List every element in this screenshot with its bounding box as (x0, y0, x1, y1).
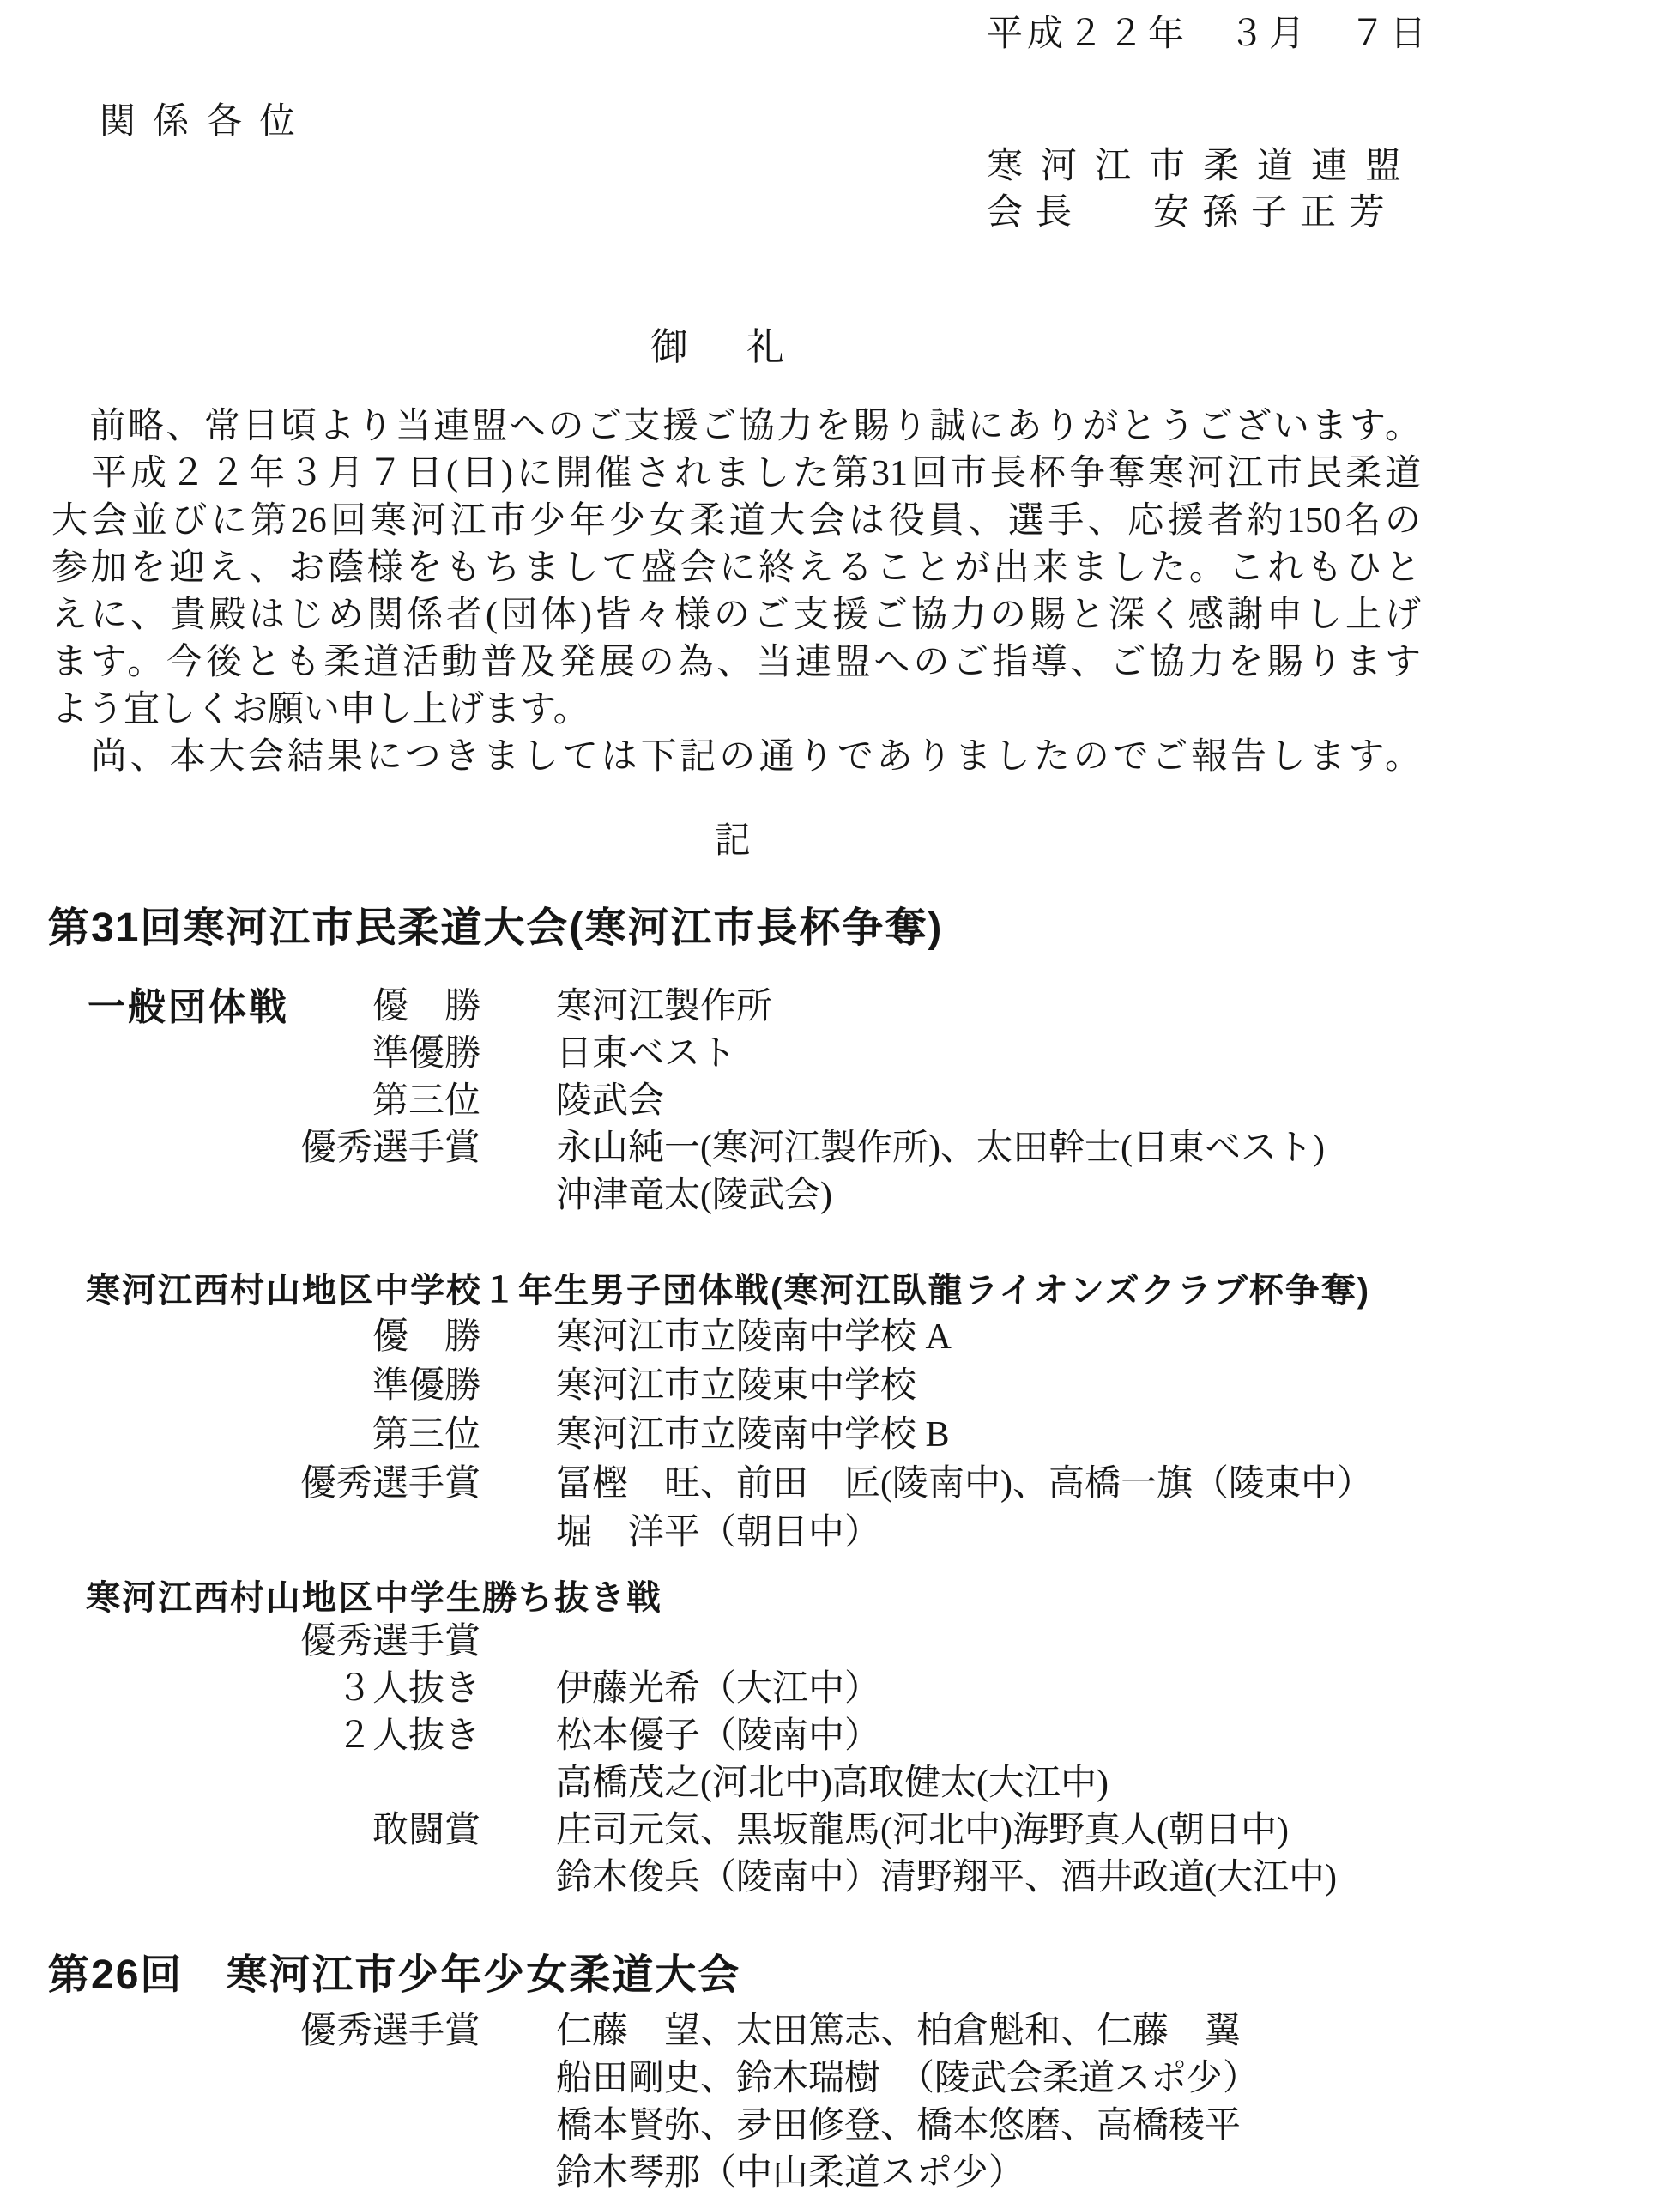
prize-label: ２人抜き (86, 1713, 480, 1760)
result-row: 優秀選手賞 (0, 1619, 1680, 1666)
prize-label: 敢闘賞 (86, 1807, 480, 1855)
result-row: 第三位寒河江市立陵南中学校 B (0, 1411, 1680, 1460)
winner-value: 高橋茂之(河北中)高取健太(大江中) (556, 1764, 1109, 1803)
body-line: よう宜しくお願い申し上げます。 (51, 687, 1421, 734)
result-row: 沖津竜太(陵武会) (0, 1172, 1680, 1220)
winner-value: 庄司元気、黒坂龍馬(河北中)海野真人(朝日中) (556, 1811, 1289, 1850)
result-row: 船田剛史、鈴木瑞樹 （陵武会柔道スポ少） (0, 2055, 1680, 2103)
section-rows: 一般団体戦優 勝寒河江製作所準優勝日東ベスト第三位陵武会優秀選手賞永山純一(寒河… (0, 984, 1680, 1220)
prize-label: 第三位 (86, 1078, 480, 1125)
winner-value: 松本優子（陵南中） (556, 1716, 880, 1756)
result-row: 優 勝寒河江市立陵南中学校 A (0, 1313, 1680, 1362)
sender-name: 安孫子正芳 (1153, 193, 1398, 233)
section-heading: 寒河江西村山地区中学校１年生男子団体戦(寒河江臥龍ライオンズクラブ杯争奪) (86, 1263, 1370, 1312)
result-row: 優秀選手賞冨樫 旺、前田 匠(陵南中)、高橋一旗（陵東中） (0, 1460, 1680, 1509)
division-label: 一般団体戦 (88, 984, 289, 1031)
result-row: 敢闘賞庄司元気、黒坂龍馬(河北中)海野真人(朝日中) (0, 1807, 1680, 1855)
prize-label: 優秀選手賞 (86, 2008, 480, 2055)
result-row: 高橋茂之(河北中)高取健太(大江中) (0, 1760, 1680, 1807)
prize-label: 準優勝 (86, 1031, 480, 1078)
winner-value: 橋本賢弥、夛田修登、橋本悠磨、高橋稜平 (556, 2106, 1241, 2146)
letter-date: 平成２２年 ３月 ７日 (987, 5, 1430, 57)
result-row: 優秀選手賞永山純一(寒河江製作所)、太田幹士(日東ベスト) (0, 1125, 1680, 1172)
result-row: ２人抜き松本優子（陵南中） (0, 1713, 1680, 1760)
prize-label: 準優勝 (86, 1362, 480, 1411)
letter-body: 前略、常日頃より当連盟へのご支援ご協力を賜り誠にありがとうございます。 平成２２… (51, 403, 1421, 781)
prize-label: 優 勝 (86, 1313, 480, 1362)
prize-label: 優秀選手賞 (86, 1125, 480, 1172)
sender-title: 会長 (987, 193, 1085, 233)
winner-value: 永山純一(寒河江製作所)、太田幹士(日東ベスト) (556, 1129, 1325, 1168)
result-row: ３人抜き伊藤光希（大江中） (0, 1666, 1680, 1713)
result-row: 橋本賢弥、夛田修登、橋本悠磨、高橋稜平 (0, 2103, 1680, 2150)
winner-value: 冨樫 旺、前田 匠(陵南中)、高橋一旗（陵東中） (556, 1464, 1373, 1504)
winner-value: 仁藤 望、太田篤志、柏倉魁和、仁藤 翼 (556, 2012, 1241, 2051)
result-row: 第三位陵武会 (0, 1078, 1680, 1125)
body-line: 平成２２年３月７日(日)に開催されました第31回市長杯争奪寒河江市民柔道 (51, 451, 1421, 498)
result-row: 一般団体戦優 勝寒河江製作所 (0, 984, 1680, 1031)
prize-label: 優秀選手賞 (86, 1460, 480, 1509)
winner-value: 日東ベスト (556, 1034, 736, 1074)
prize-label: 優秀選手賞 (86, 1619, 480, 1666)
result-row: 鈴木俊兵（陵南中）清野翔平、酒井政道(大江中) (0, 1855, 1680, 1902)
section-rows: 優 勝寒河江市立陵南中学校 A準優勝寒河江市立陵東中学校第三位寒河江市立陵南中学… (0, 1313, 1680, 1558)
body-line: 尚、本大会結果につきましては下記の通りでありましたのでご報告します。 (51, 734, 1421, 781)
result-row: 準優勝寒河江市立陵東中学校 (0, 1362, 1680, 1411)
letter-title: 御 礼 (650, 316, 795, 371)
prize-label: 第三位 (86, 1411, 480, 1460)
section-rows: 優秀選手賞３人抜き伊藤光希（大江中）２人抜き松本優子（陵南中）高橋茂之(河北中)… (0, 1619, 1680, 1902)
body-line: 前略、常日頃より当連盟へのご支援ご協力を賜り誠にありがとうございます。 (51, 403, 1421, 451)
winner-value: 鈴木俊兵（陵南中）清野翔平、酒井政道(大江中) (556, 1858, 1337, 1897)
body-line: ます。今後とも柔道活動普及発展の為、当連盟へのご指導、ご協力を賜ります (51, 639, 1421, 687)
result-row: 鈴木琴那（中山柔道スポ少） (0, 2150, 1680, 2197)
body-line: 参加を迎え、お蔭様をもちまして盛会に終えることが出来ました。これもひと (51, 545, 1421, 592)
result-row: 準優勝日東ベスト (0, 1031, 1680, 1078)
winner-value: 船田剛史、鈴木瑞樹 （陵武会柔道スポ少） (556, 2059, 1259, 2098)
section-heading: 第31回寒河江市民柔道大会(寒河江市長杯争奪) (48, 894, 943, 953)
winner-value: 伊藤光希（大江中） (556, 1669, 880, 1709)
sender-line: 会長安孫子正芳 (987, 184, 1398, 235)
body-line: 大会並びに第26回寒河江市少年少女柔道大会は役員、選手、応援者約150名の (51, 498, 1421, 545)
letter-page: 平成２２年 ３月 ７日 関係各位 寒河江市柔道連盟 会長安孫子正芳 御 礼 前略… (0, 0, 1680, 2197)
notice-marker: 記 (51, 812, 1421, 863)
result-row: 優秀選手賞仁藤 望、太田篤志、柏倉魁和、仁藤 翼 (0, 2008, 1680, 2055)
winner-value: 寒河江市立陵東中学校 (556, 1366, 916, 1406)
prize-label: ３人抜き (86, 1666, 480, 1713)
winner-value: 陵武会 (556, 1081, 664, 1121)
section-heading: 第26回 寒河江市少年少女柔道大会 (48, 1941, 740, 2000)
section-rows: 優秀選手賞仁藤 望、太田篤志、柏倉魁和、仁藤 翼船田剛史、鈴木瑞樹 （陵武会柔道… (0, 2008, 1680, 2197)
body-line: えに、貴殿はじめ関係者(団体)皆々様のご支援ご協力の賜と深く感謝申し上げ (51, 592, 1421, 639)
sender-organization: 寒河江市柔道連盟 (987, 137, 1419, 189)
winner-value: 寒河江市立陵南中学校 B (556, 1415, 950, 1455)
winner-value: 寒河江製作所 (556, 987, 772, 1026)
winner-value: 沖津竜太(陵武会) (556, 1176, 832, 1215)
section-heading: 寒河江西村山地区中学生勝ち抜き戦 (86, 1571, 662, 1619)
addressee: 関係各位 (100, 93, 312, 144)
winner-value: 寒河江市立陵南中学校 A (556, 1317, 952, 1357)
result-row: 堀 洋平（朝日中） (0, 1509, 1680, 1558)
winner-value: 堀 洋平（朝日中） (556, 1513, 880, 1552)
winner-value: 鈴木琴那（中山柔道スポ少） (556, 2153, 1024, 2193)
